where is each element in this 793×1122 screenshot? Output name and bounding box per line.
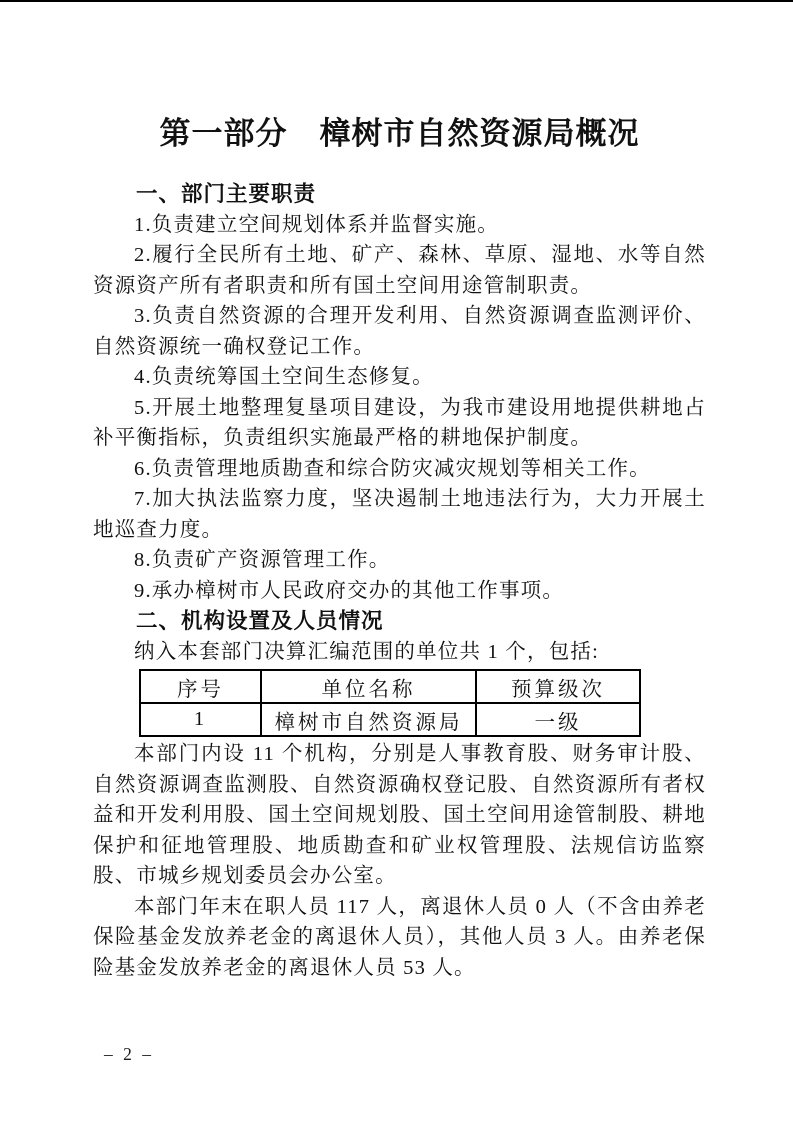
units-table: 序号 单位名称 预算级次 1 樟树市自然资源局 一级 xyxy=(139,669,641,737)
page-title: 第一部分 樟树市自然资源局概况 xyxy=(93,114,706,154)
section1-heading: 一、部门主要职责 xyxy=(93,179,706,210)
table-cell-serial-no: 1 xyxy=(140,703,261,736)
duty-item-9: 9.承办樟树市人民政府交办的其他工作事项。 xyxy=(93,576,706,607)
duty-item-3: 3.负责自然资源的合理开发利用、自然资源调查监测评价、自然资源统一确权登记工作。 xyxy=(93,301,706,362)
table-header-budget-level: 预算级次 xyxy=(476,670,640,703)
table-cell-unit-name: 樟树市自然资源局 xyxy=(261,703,476,736)
units-table-header-row: 序号 单位名称 预算级次 xyxy=(140,670,640,703)
table-header-serial-no: 序号 xyxy=(140,670,261,703)
page-content: 第一部分 樟树市自然资源局概况 一、部门主要职责 1.负责建立空间规划体系并监督… xyxy=(93,0,706,983)
page-number: – 2 – xyxy=(104,1044,154,1065)
duty-item-2: 2.履行全民所有土地、矿产、森林、草原、湿地、水等自然资源资产所有者职责和所有国… xyxy=(93,240,706,301)
document-page: 第一部分 樟树市自然资源局概况 一、部门主要职责 1.负责建立空间规划体系并监督… xyxy=(0,0,793,1122)
table-header-unit-name: 单位名称 xyxy=(261,670,476,703)
staff-numbers-paragraph: 本部门年末在职人员 117 人，离退休人员 0 人（不含由养老保险基金发放养老金… xyxy=(93,892,706,984)
table-row: 1 樟树市自然资源局 一级 xyxy=(140,703,640,736)
duty-item-4: 4.负责统筹国土空间生态修复。 xyxy=(93,362,706,393)
duty-item-5: 5.开展土地整理复垦项目建设，为我市建设用地提供耕地占补平衡指标，负责组织实施最… xyxy=(93,393,706,454)
duty-item-6: 6.负责管理地质勘查和综合防灾减灾规划等相关工作。 xyxy=(93,454,706,485)
section2-intro: 纳入本套部门决算汇编范围的单位共 1 个，包括: xyxy=(93,637,706,668)
duty-item-7: 7.加大执法监察力度，坚决遏制土地违法行为，大力开展土地巡查力度。 xyxy=(93,484,706,545)
internal-orgs-paragraph: 本部门内设 11 个机构，分别是人事教育股、财务审计股、自然资源调查监测股、自然… xyxy=(93,739,706,892)
duty-item-8: 8.负责矿产资源管理工作。 xyxy=(93,545,706,576)
duty-item-1: 1.负责建立空间规划体系并监督实施。 xyxy=(93,210,706,241)
table-cell-budget-level: 一级 xyxy=(476,703,640,736)
section2-heading: 二、机构设置及人员情况 xyxy=(93,606,706,637)
